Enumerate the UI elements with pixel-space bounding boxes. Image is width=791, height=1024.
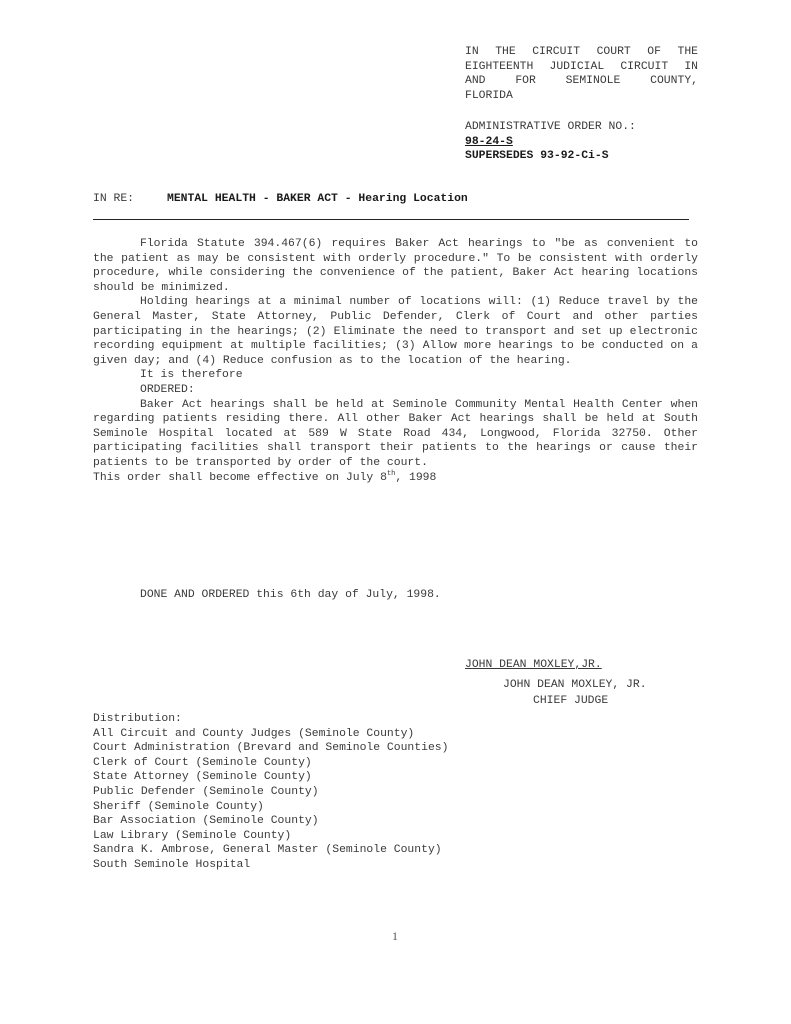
court-caption: IN THE CIRCUIT COURT OF THE EIGHTEENTH J…: [465, 45, 698, 103]
order-number-block: ADMINISTRATIVE ORDER NO.: 98-24-S SUPERS…: [465, 120, 725, 164]
list-item: Sheriff (Seminole County): [93, 800, 448, 815]
supersedes-note: SUPERSEDES 93-92-Ci-S: [465, 149, 725, 164]
caption-line: EIGHTEENTH JUDICIAL CIRCUIT IN: [465, 60, 698, 75]
list-item: Bar Association (Seminole County): [93, 814, 448, 829]
ordered-label: ORDERED:: [93, 383, 698, 398]
list-item: Sandra K. Ambrose, General Master (Semin…: [93, 843, 448, 858]
subject-title: MENTAL HEALTH - BAKER ACT - Hearing Loca…: [167, 193, 468, 205]
horizontal-divider: [93, 219, 689, 220]
list-item: Law Library (Seminole County): [93, 829, 448, 844]
list-item: South Seminole Hospital: [93, 858, 448, 873]
list-item: Public Defender (Seminole County): [93, 785, 448, 800]
caption-line: AND FOR SEMINOLE COUNTY,: [465, 74, 698, 89]
page-number: 1: [392, 929, 398, 944]
distribution-heading: Distribution:: [93, 712, 448, 727]
subject-line: IN RE:MENTAL HEALTH - BAKER ACT - Hearin…: [93, 192, 693, 207]
distribution-list: Distribution: All Circuit and County Jud…: [93, 712, 448, 873]
list-item: State Attorney (Seminole County): [93, 770, 448, 785]
paragraph-benefits: Holding hearings at a minimal number of …: [93, 295, 698, 368]
list-item: All Circuit and County Judges (Seminole …: [93, 727, 448, 742]
signer-title: CHIEF JUDGE: [533, 694, 608, 709]
order-label: ADMINISTRATIVE ORDER NO.:: [465, 120, 725, 135]
effective-text: This order shall become effective on Jul…: [93, 472, 387, 484]
order-number: 98-24-S: [465, 135, 725, 150]
paragraph-statute: Florida Statute 394.467(6) requires Bake…: [93, 237, 698, 295]
effective-date: This order shall become effective on Jul…: [93, 471, 698, 486]
signer-name: JOHN DEAN MOXLEY, JR.: [503, 678, 647, 693]
paragraph-order: Baker Act hearings shall be held at Semi…: [93, 398, 698, 471]
done-and-ordered: DONE AND ORDERED this 6th day of July, 1…: [140, 588, 441, 603]
order-body: Florida Statute 394.467(6) requires Bake…: [93, 237, 698, 485]
effective-year: , 1998: [395, 472, 436, 484]
subject-label: IN RE:: [93, 192, 167, 207]
signature: JOHN DEAN MOXLEY,JR.: [465, 658, 602, 673]
document-page: IN THE CIRCUIT COURT OF THE EIGHTEENTH J…: [0, 0, 791, 1024]
therefore-text: It is therefore: [93, 368, 698, 383]
list-item: Clerk of Court (Seminole County): [93, 756, 448, 771]
caption-line: IN THE CIRCUIT COURT OF THE: [465, 45, 698, 60]
list-item: Court Administration (Brevard and Semino…: [93, 741, 448, 756]
caption-line: FLORIDA: [465, 89, 698, 104]
